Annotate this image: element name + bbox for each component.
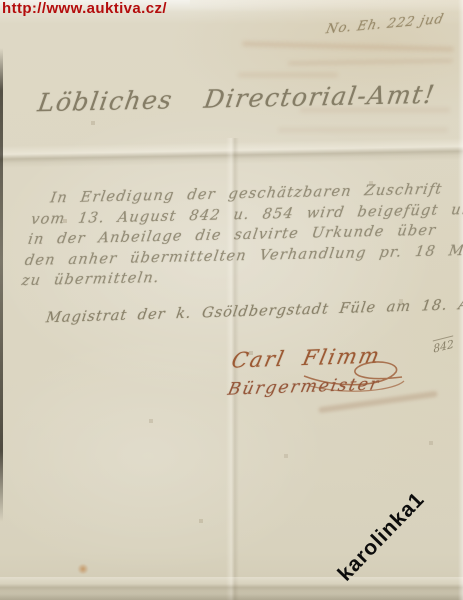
- scanned-letter: http://www.auktiva.cz/ No. Eh. 222 jud L…: [0, 0, 463, 600]
- paper-edge-shadow-left: [0, 48, 3, 522]
- ink-bleedthrough: [278, 128, 448, 132]
- seller-watermark: karolinka1: [333, 488, 429, 587]
- paper-stain: [77, 564, 89, 574]
- closing-year: 842: [433, 335, 454, 355]
- closing-line: Magistrat der k. Gsöldbergstadt Füle am …: [45, 296, 463, 327]
- paper-edge-shadow-bottom: [0, 591, 463, 600]
- ink-bleedthrough: [238, 73, 338, 77]
- ink-bleedthrough: [242, 41, 454, 52]
- source-url-watermark: http://www.auktiva.cz/: [2, 0, 167, 17]
- letter-body: In Erledigung der geschätzbaren Zuschrif…: [20, 179, 463, 292]
- ink-bleedthrough: [288, 59, 453, 66]
